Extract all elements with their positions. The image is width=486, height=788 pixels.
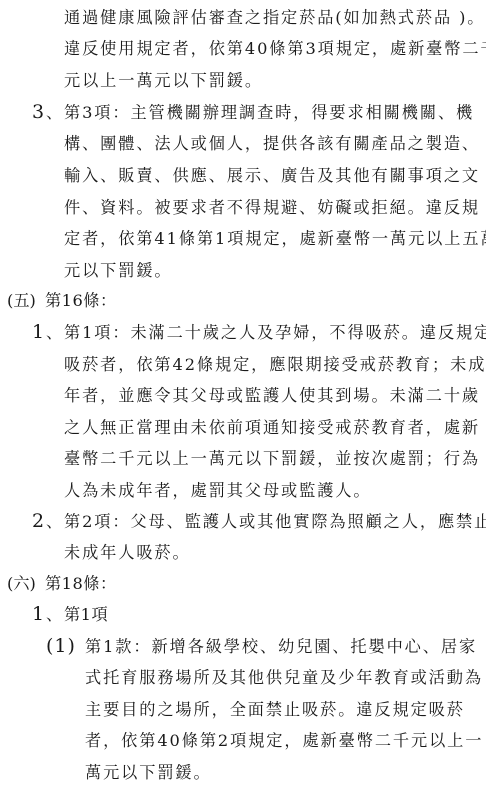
text-line: 式托育服務場所及其他供兒童及少年教育或活動為 — [85, 662, 483, 693]
text-line: 構、團體、法人或個人，提供各該有關產品之製造、 — [64, 128, 480, 159]
list-separator: 、 — [46, 317, 62, 348]
section-heading: 第18條： — [45, 568, 117, 599]
list-marker-3: 3 — [32, 97, 44, 128]
section-marker-5: (五) — [7, 285, 36, 316]
text-line: 之人無正當理由未依前項通知接受戒菸教育者，處新 — [64, 412, 480, 443]
text-line: 輸入、販賣、供應、展示、廣告及其他有關事項之文 — [64, 160, 480, 191]
list-marker-1: 1 — [32, 317, 44, 348]
text-line: 人為未成年者，處罰其父母或監護人。 — [64, 475, 372, 506]
section-marker-6: (六) — [7, 568, 36, 599]
text-line: 第2項：父母、監護人或其他實際為照顧之人，應禁止 — [64, 506, 486, 537]
document-page: 通過健康風險評估審查之指定菸品(如加熱式菸品 )。 違反使用規定者，依第40條第… — [0, 0, 486, 788]
section-heading: 第16條： — [45, 285, 117, 316]
list-separator: 、 — [46, 97, 62, 128]
list-separator: 、 — [46, 599, 62, 630]
text-line: 件、資料。被要求者不得規避、妨礙或拒絕。違反規 — [64, 192, 480, 223]
text-line: 定者，依第41條第1項規定，處新臺幣一萬元以上五萬 — [64, 223, 486, 254]
item-label: 第1項 — [64, 599, 108, 630]
text-line: 元以上一萬元以下罰鍰。 — [64, 65, 263, 96]
text-line: 第1款：新增各級學校、幼兒園、托嬰中心、居家 — [85, 631, 477, 662]
text-line: 臺幣二千元以上一萬元以下罰鍰，並按次處罰；行為 — [64, 443, 480, 474]
list-marker-2: 2 — [32, 506, 44, 537]
text-line: 吸菸者，依第42條規定，應限期接受戒菸教育；未成 — [64, 349, 486, 380]
text-line: 第3項：主管機關辦理調查時，得要求相關機關、機 — [64, 97, 474, 128]
text-line: 者，依第40條第2項規定，處新臺幣二千元以上一 — [85, 725, 483, 756]
text-line: 第1項：未滿二十歲之人及孕婦，不得吸菸。違反規定 — [64, 317, 486, 348]
list-marker-1: 1 — [32, 599, 44, 630]
text-line: 萬元以下罰鍰。 — [85, 757, 212, 788]
text-line: 年者，並應令其父母或監護人使其到場。未滿二十歲 — [64, 380, 480, 411]
text-line: 主要目的之場所，全面禁止吸菸。違反規定吸菸 — [85, 694, 465, 725]
text-line: 元以下罰鍰。 — [64, 255, 173, 286]
subitem-marker-1: (1) — [46, 631, 76, 662]
text-line: 違反使用規定者，依第40條第3項規定，處新臺幣二千 — [64, 33, 486, 64]
text-line: 未成年人吸菸。 — [64, 537, 191, 568]
text-line: 通過健康風險評估審查之指定菸品(如加熱式菸品 )。 — [64, 2, 485, 33]
list-separator: 、 — [46, 506, 62, 537]
